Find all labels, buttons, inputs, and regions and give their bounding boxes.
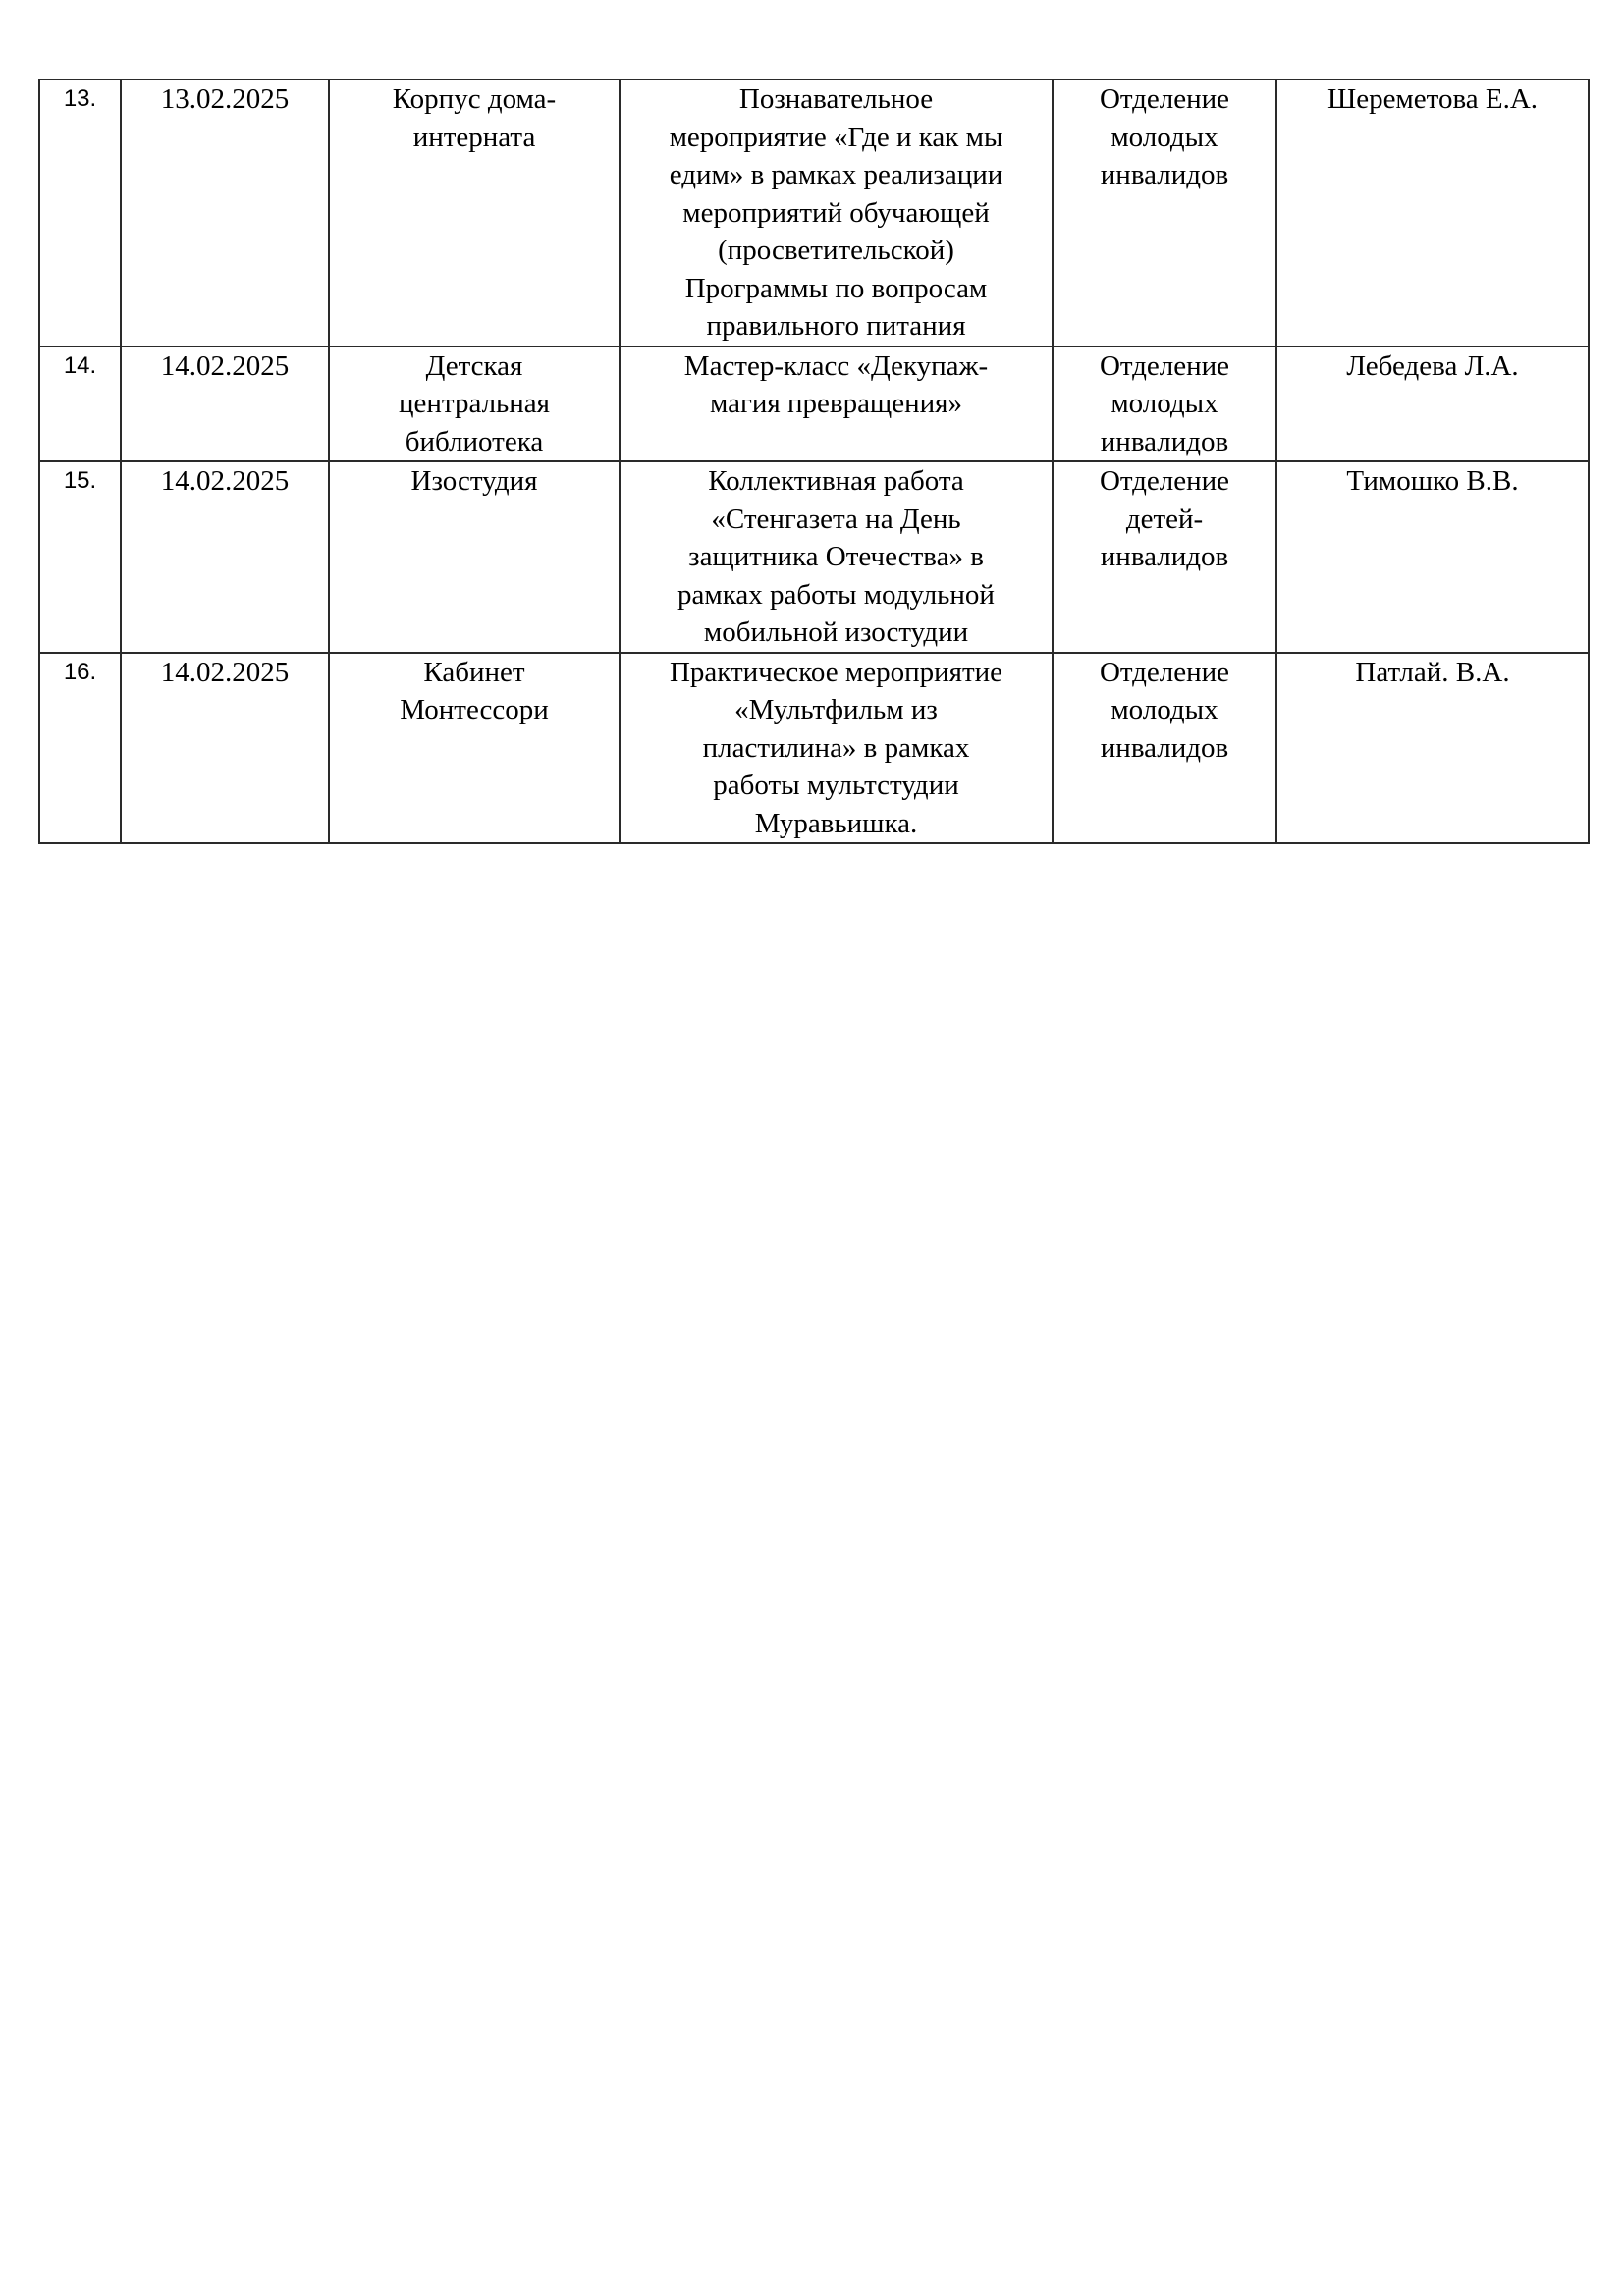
location-line: Изостудия <box>334 462 615 501</box>
event-line: «Стенгазета на День <box>624 501 1048 539</box>
event-line: «Мультфильм из <box>624 691 1048 729</box>
event-line: защитника Отечества» в <box>624 538 1048 576</box>
event-description: Познавательное мероприятие «Где и как мы… <box>620 80 1053 347</box>
location-line: библиотека <box>334 423 615 461</box>
department-line: детей- <box>1057 501 1272 539</box>
location-line: Детская <box>334 347 615 386</box>
event-line: правильного питания <box>624 307 1048 346</box>
event-line: мобильной изостудии <box>624 614 1048 652</box>
table-row: 16. 14.02.2025 Кабинет Монтессори Практи… <box>39 653 1589 844</box>
event-line: Коллективная работа <box>624 462 1048 501</box>
department-line: инвалидов <box>1057 729 1272 768</box>
event-date: 14.02.2025 <box>121 347 329 462</box>
responsible-person: Лебедева Л.А. <box>1276 347 1589 462</box>
event-description: Коллективная работа «Стенгазета на День … <box>620 461 1053 653</box>
table-row: 13. 13.02.2025 Корпус дома- интерната По… <box>39 80 1589 347</box>
responsible-person: Патлай. В.А. <box>1276 653 1589 844</box>
row-number: 16. <box>39 653 121 844</box>
event-location: Корпус дома- интерната <box>329 80 620 347</box>
event-location: Детская центральная библиотека <box>329 347 620 462</box>
document-page: 13. 13.02.2025 Корпус дома- интерната По… <box>0 0 1624 2296</box>
event-line: едим» в рамках реализации <box>624 156 1048 194</box>
department-line: инвалидов <box>1057 156 1272 194</box>
department-line: Отделение <box>1057 462 1272 501</box>
department: Отделение молодых инвалидов <box>1053 347 1276 462</box>
department-line: Отделение <box>1057 347 1272 386</box>
responsible-person: Тимошко В.В. <box>1276 461 1589 653</box>
table-row: 14. 14.02.2025 Детская центральная библи… <box>39 347 1589 462</box>
event-line: пластилина» в рамках <box>624 729 1048 768</box>
department-line: Отделение <box>1057 80 1272 119</box>
row-number: 13. <box>39 80 121 347</box>
event-date: 14.02.2025 <box>121 461 329 653</box>
event-line: мероприятий обучающей <box>624 194 1048 233</box>
event-description: Практическое мероприятие «Мультфильм из … <box>620 653 1053 844</box>
location-line: Кабинет <box>334 654 615 692</box>
location-line: центральная <box>334 385 615 423</box>
event-line: магия превращения» <box>624 385 1048 423</box>
location-line: Корпус дома- <box>334 80 615 119</box>
department-line: инвалидов <box>1057 423 1272 461</box>
location-line: интерната <box>334 119 615 157</box>
department: Отделение молодых инвалидов <box>1053 80 1276 347</box>
event-line: Мастер-класс «Декупаж- <box>624 347 1048 386</box>
event-location: Изостудия <box>329 461 620 653</box>
event-date: 13.02.2025 <box>121 80 329 347</box>
event-line: Муравьишка. <box>624 805 1048 843</box>
event-date: 14.02.2025 <box>121 653 329 844</box>
table-row: 15. 14.02.2025 Изостудия Коллективная ра… <box>39 461 1589 653</box>
event-description: Мастер-класс «Декупаж- магия превращения… <box>620 347 1053 462</box>
event-line: (просветительской) <box>624 232 1048 270</box>
event-line: рамках работы модульной <box>624 576 1048 614</box>
department: Отделение детей- инвалидов <box>1053 461 1276 653</box>
event-location: Кабинет Монтессори <box>329 653 620 844</box>
department-line: молодых <box>1057 691 1272 729</box>
row-number: 15. <box>39 461 121 653</box>
department: Отделение молодых инвалидов <box>1053 653 1276 844</box>
department-line: инвалидов <box>1057 538 1272 576</box>
department-line: молодых <box>1057 385 1272 423</box>
event-line: мероприятие «Где и как мы <box>624 119 1048 157</box>
responsible-person: Шереметова Е.А. <box>1276 80 1589 347</box>
event-line: работы мультстудии <box>624 767 1048 805</box>
events-schedule-table: 13. 13.02.2025 Корпус дома- интерната По… <box>38 79 1590 844</box>
department-line: Отделение <box>1057 654 1272 692</box>
event-line: Практическое мероприятие <box>624 654 1048 692</box>
event-line: Познавательное <box>624 80 1048 119</box>
event-line: Программы по вопросам <box>624 270 1048 308</box>
location-line: Монтессори <box>334 691 615 729</box>
department-line: молодых <box>1057 119 1272 157</box>
row-number: 14. <box>39 347 121 462</box>
